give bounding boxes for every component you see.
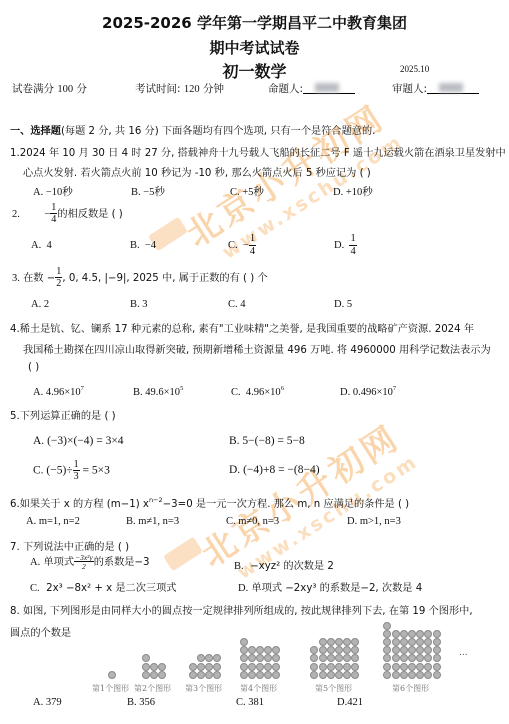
exam-time: 考试时间: 120 分钟 — [135, 81, 224, 96]
dot — [335, 646, 343, 654]
dot — [351, 654, 359, 662]
q2-option-d: D. 14 — [334, 234, 357, 257]
dot — [264, 646, 272, 654]
dot — [189, 671, 197, 679]
q5-option-b: B. 5−(−8) = 5−8 — [229, 435, 305, 447]
q4-option-b: B. 49.6×105 — [133, 385, 183, 398]
dot — [158, 671, 166, 679]
q7-option-d: D. 单项式 −2xy³ 的系数是−2, 次数是 4 — [238, 579, 422, 594]
dot — [335, 663, 343, 671]
dot — [343, 646, 351, 654]
figure-label: 第2个图形 — [134, 683, 171, 694]
dot — [400, 671, 408, 679]
dot — [256, 654, 264, 662]
dot — [424, 630, 432, 638]
dot — [408, 638, 416, 646]
dot — [383, 638, 391, 646]
dot — [383, 622, 391, 630]
dot — [108, 671, 116, 679]
dot — [142, 671, 150, 679]
dot — [392, 646, 400, 654]
dot — [343, 654, 351, 662]
dot — [351, 638, 359, 646]
dot — [197, 654, 205, 662]
dot — [383, 654, 391, 662]
q4-option-a: A. 4.96×107 — [33, 385, 84, 398]
q3-option-a: A. 2 — [31, 299, 49, 310]
dot — [310, 671, 318, 679]
dot — [383, 630, 391, 638]
dot — [351, 646, 359, 654]
q6-stem: 6.如果关于 x 的方程 (m−1) xn−2−3=0 是一元一次方程. 那么 … — [10, 495, 409, 510]
dot — [205, 654, 213, 662]
exam-date: 2025.10 — [400, 64, 429, 74]
dot — [416, 646, 424, 654]
full-score: 试卷满分 100 分 — [12, 81, 87, 96]
dot — [205, 671, 213, 679]
dot — [408, 630, 416, 638]
q2-stem: 2. −14的相反数是 ( ) — [12, 203, 123, 225]
redacted-author — [303, 82, 355, 94]
dot — [351, 663, 359, 671]
dot — [248, 654, 256, 662]
exam-title-line2: 期中考试试卷 — [0, 37, 509, 58]
dot — [408, 654, 416, 662]
figure-label: 第3个图形 — [185, 683, 222, 694]
q4-option-d: D. 0.496×107 — [340, 385, 396, 398]
q1-option-b: B. −5秒 — [131, 184, 165, 199]
dot — [240, 638, 248, 646]
dot — [433, 654, 441, 662]
dot — [256, 646, 264, 654]
dot — [248, 663, 256, 671]
dot — [335, 638, 343, 646]
dot — [433, 646, 441, 654]
q4-text-line2: 我国稀土勘探在四川凉山取得新突破, 预期新增稀土资源量 496 万吨. 将 49… — [23, 341, 491, 356]
dot — [400, 630, 408, 638]
watermark-top: 北京小升初网 www.xschu.com — [175, 89, 407, 274]
q6-option-b: B. m≠1, n=3 — [126, 516, 179, 527]
dot — [319, 638, 327, 646]
dot — [424, 638, 432, 646]
dot — [327, 638, 335, 646]
dot — [400, 663, 408, 671]
reviewer-field: 审题人: — [392, 81, 479, 96]
q8-option-a: A. 379 — [33, 697, 62, 708]
q2-option-b: B. −4 — [130, 240, 156, 251]
dot — [424, 654, 432, 662]
q3-option-b: B. 3 — [130, 299, 148, 310]
dot — [392, 638, 400, 646]
q5-stem: 5.下列运算正确的是 ( ) — [10, 407, 116, 422]
q5-option-a: A. (−3)×(−4) = 3×4 — [33, 435, 124, 447]
dot — [424, 671, 432, 679]
dot — [256, 663, 264, 671]
q3-stem: 3. 在数 −12, 0, 4.5, |−9|, 2025 中, 属于正数的有 … — [12, 267, 268, 289]
figure-label: 第5个图形 — [315, 683, 352, 694]
dot — [351, 671, 359, 679]
dot — [150, 663, 158, 671]
dot — [272, 654, 280, 662]
dot — [408, 646, 416, 654]
dot — [416, 630, 424, 638]
dot — [197, 663, 205, 671]
dot — [240, 654, 248, 662]
dot — [343, 638, 351, 646]
dot — [327, 654, 335, 662]
dot — [310, 663, 318, 671]
ellipsis: ... — [459, 648, 468, 658]
dot — [213, 671, 221, 679]
dot — [197, 671, 205, 679]
q6-option-c: C. m≠0, n=3 — [226, 516, 279, 527]
figure-label: 第6个图形 — [392, 683, 429, 694]
dot — [327, 646, 335, 654]
dot — [416, 638, 424, 646]
dot — [240, 646, 248, 654]
q2-option-c: C. −14 — [228, 234, 256, 257]
dot — [392, 663, 400, 671]
redacted-reviewer — [427, 82, 479, 94]
dot — [158, 663, 166, 671]
dot — [433, 638, 441, 646]
exam-title-line3: 初一数学 — [0, 59, 509, 82]
q7-option-b: B. −xyz² 的次数是 2 — [234, 557, 334, 572]
dot — [213, 654, 221, 662]
q8-text-line2: 圆点的个数是 — [10, 624, 71, 639]
dot — [408, 663, 416, 671]
section-heading: 一、选择题(每题 2 分, 共 16 分) 下面各题均有四个选项, 只有一个是符… — [10, 122, 375, 137]
q7-stem: 7. 下列说法中正确的是 ( ) — [10, 538, 129, 553]
dot — [400, 646, 408, 654]
author-field: 命题人: — [268, 81, 355, 96]
dot — [142, 654, 150, 662]
dot — [392, 671, 400, 679]
dot — [335, 654, 343, 662]
dot — [240, 663, 248, 671]
q8-option-c: C. 381 — [236, 697, 264, 708]
q8-text-line1: 8. 如图, 下列图形是由同样大小的圆点按一定规律排列所组成的, 按此规律排列下… — [10, 602, 473, 617]
q5-option-d: D. (−4)+8 = −(8−4) — [229, 464, 320, 476]
dot — [416, 663, 424, 671]
dot — [248, 646, 256, 654]
dot — [343, 671, 351, 679]
dot — [319, 671, 327, 679]
dot — [272, 671, 280, 679]
q1-option-c: C. +5秒 — [230, 184, 264, 199]
q7-option-c: C. 2x³ −8x² + x 是二次三项式 — [30, 579, 177, 594]
exam-title-line1: 2025-2026 学年第一学期昌平二中教育集团 — [0, 12, 509, 33]
q8-option-d: D.421 — [337, 697, 363, 708]
q5-option-c: C. (−5)÷13 = 5×3 — [33, 460, 110, 482]
dot — [205, 663, 213, 671]
watermark-logo-bottom — [163, 537, 203, 572]
q1-option-a: A. −10秒 — [33, 184, 73, 199]
q1-text-line1: 1.2024 年 10 月 30 日 4 时 27 分, 搭载神舟十九号载人飞船… — [10, 144, 506, 159]
dot — [408, 671, 416, 679]
dot — [392, 630, 400, 638]
dot — [416, 654, 424, 662]
dot — [400, 638, 408, 646]
dot — [343, 663, 351, 671]
dot — [383, 646, 391, 654]
dot — [433, 630, 441, 638]
q3-option-c: C. 4 — [228, 299, 246, 310]
figure-label: 第1个图形 — [92, 683, 129, 694]
dot — [150, 671, 158, 679]
dot — [310, 646, 318, 654]
dot — [383, 663, 391, 671]
q4-text-line3: ( ) — [28, 362, 39, 373]
dot — [433, 663, 441, 671]
dot — [319, 646, 327, 654]
dot — [424, 646, 432, 654]
q3-option-d: D. 5 — [334, 299, 352, 310]
dot — [264, 671, 272, 679]
dot — [142, 663, 150, 671]
dot — [264, 663, 272, 671]
q8-option-b: B. 356 — [127, 697, 155, 708]
dot — [319, 663, 327, 671]
dot — [335, 671, 343, 679]
dot — [416, 671, 424, 679]
dot — [240, 671, 248, 679]
dot — [248, 671, 256, 679]
figure-label: 第4个图形 — [240, 683, 277, 694]
q1-text-line2: 心点火发射. 若火箭点火前 10 秒记为 -10 秒, 那么火箭点火后 5 秒应… — [23, 164, 371, 179]
q2-option-a: A. 4 — [31, 240, 52, 251]
q6-option-d: D. m>1, n=3 — [347, 516, 401, 527]
dot — [272, 646, 280, 654]
dot — [424, 663, 432, 671]
dot — [433, 671, 441, 679]
dot — [189, 663, 197, 671]
dot — [383, 671, 391, 679]
q7-option-a: A. 单项式−3x²y2的系数是−3 — [30, 553, 150, 571]
q6-option-a: A. m=1, n=2 — [26, 516, 80, 527]
dot — [256, 671, 264, 679]
dot — [327, 663, 335, 671]
dot — [327, 671, 335, 679]
dot — [392, 654, 400, 662]
q1-option-d: D. +10秒 — [333, 184, 373, 199]
dot — [213, 663, 221, 671]
dot — [319, 654, 327, 662]
q4-option-c: C. 4.96×106 — [231, 385, 284, 398]
dot — [310, 654, 318, 662]
dot — [272, 663, 280, 671]
dot — [264, 654, 272, 662]
q4-text-line1: 4.稀土是钪、钇、镧系 17 种元素的总称, 素有"工业味精"之美誉, 是我国重… — [10, 320, 474, 335]
dot — [400, 654, 408, 662]
